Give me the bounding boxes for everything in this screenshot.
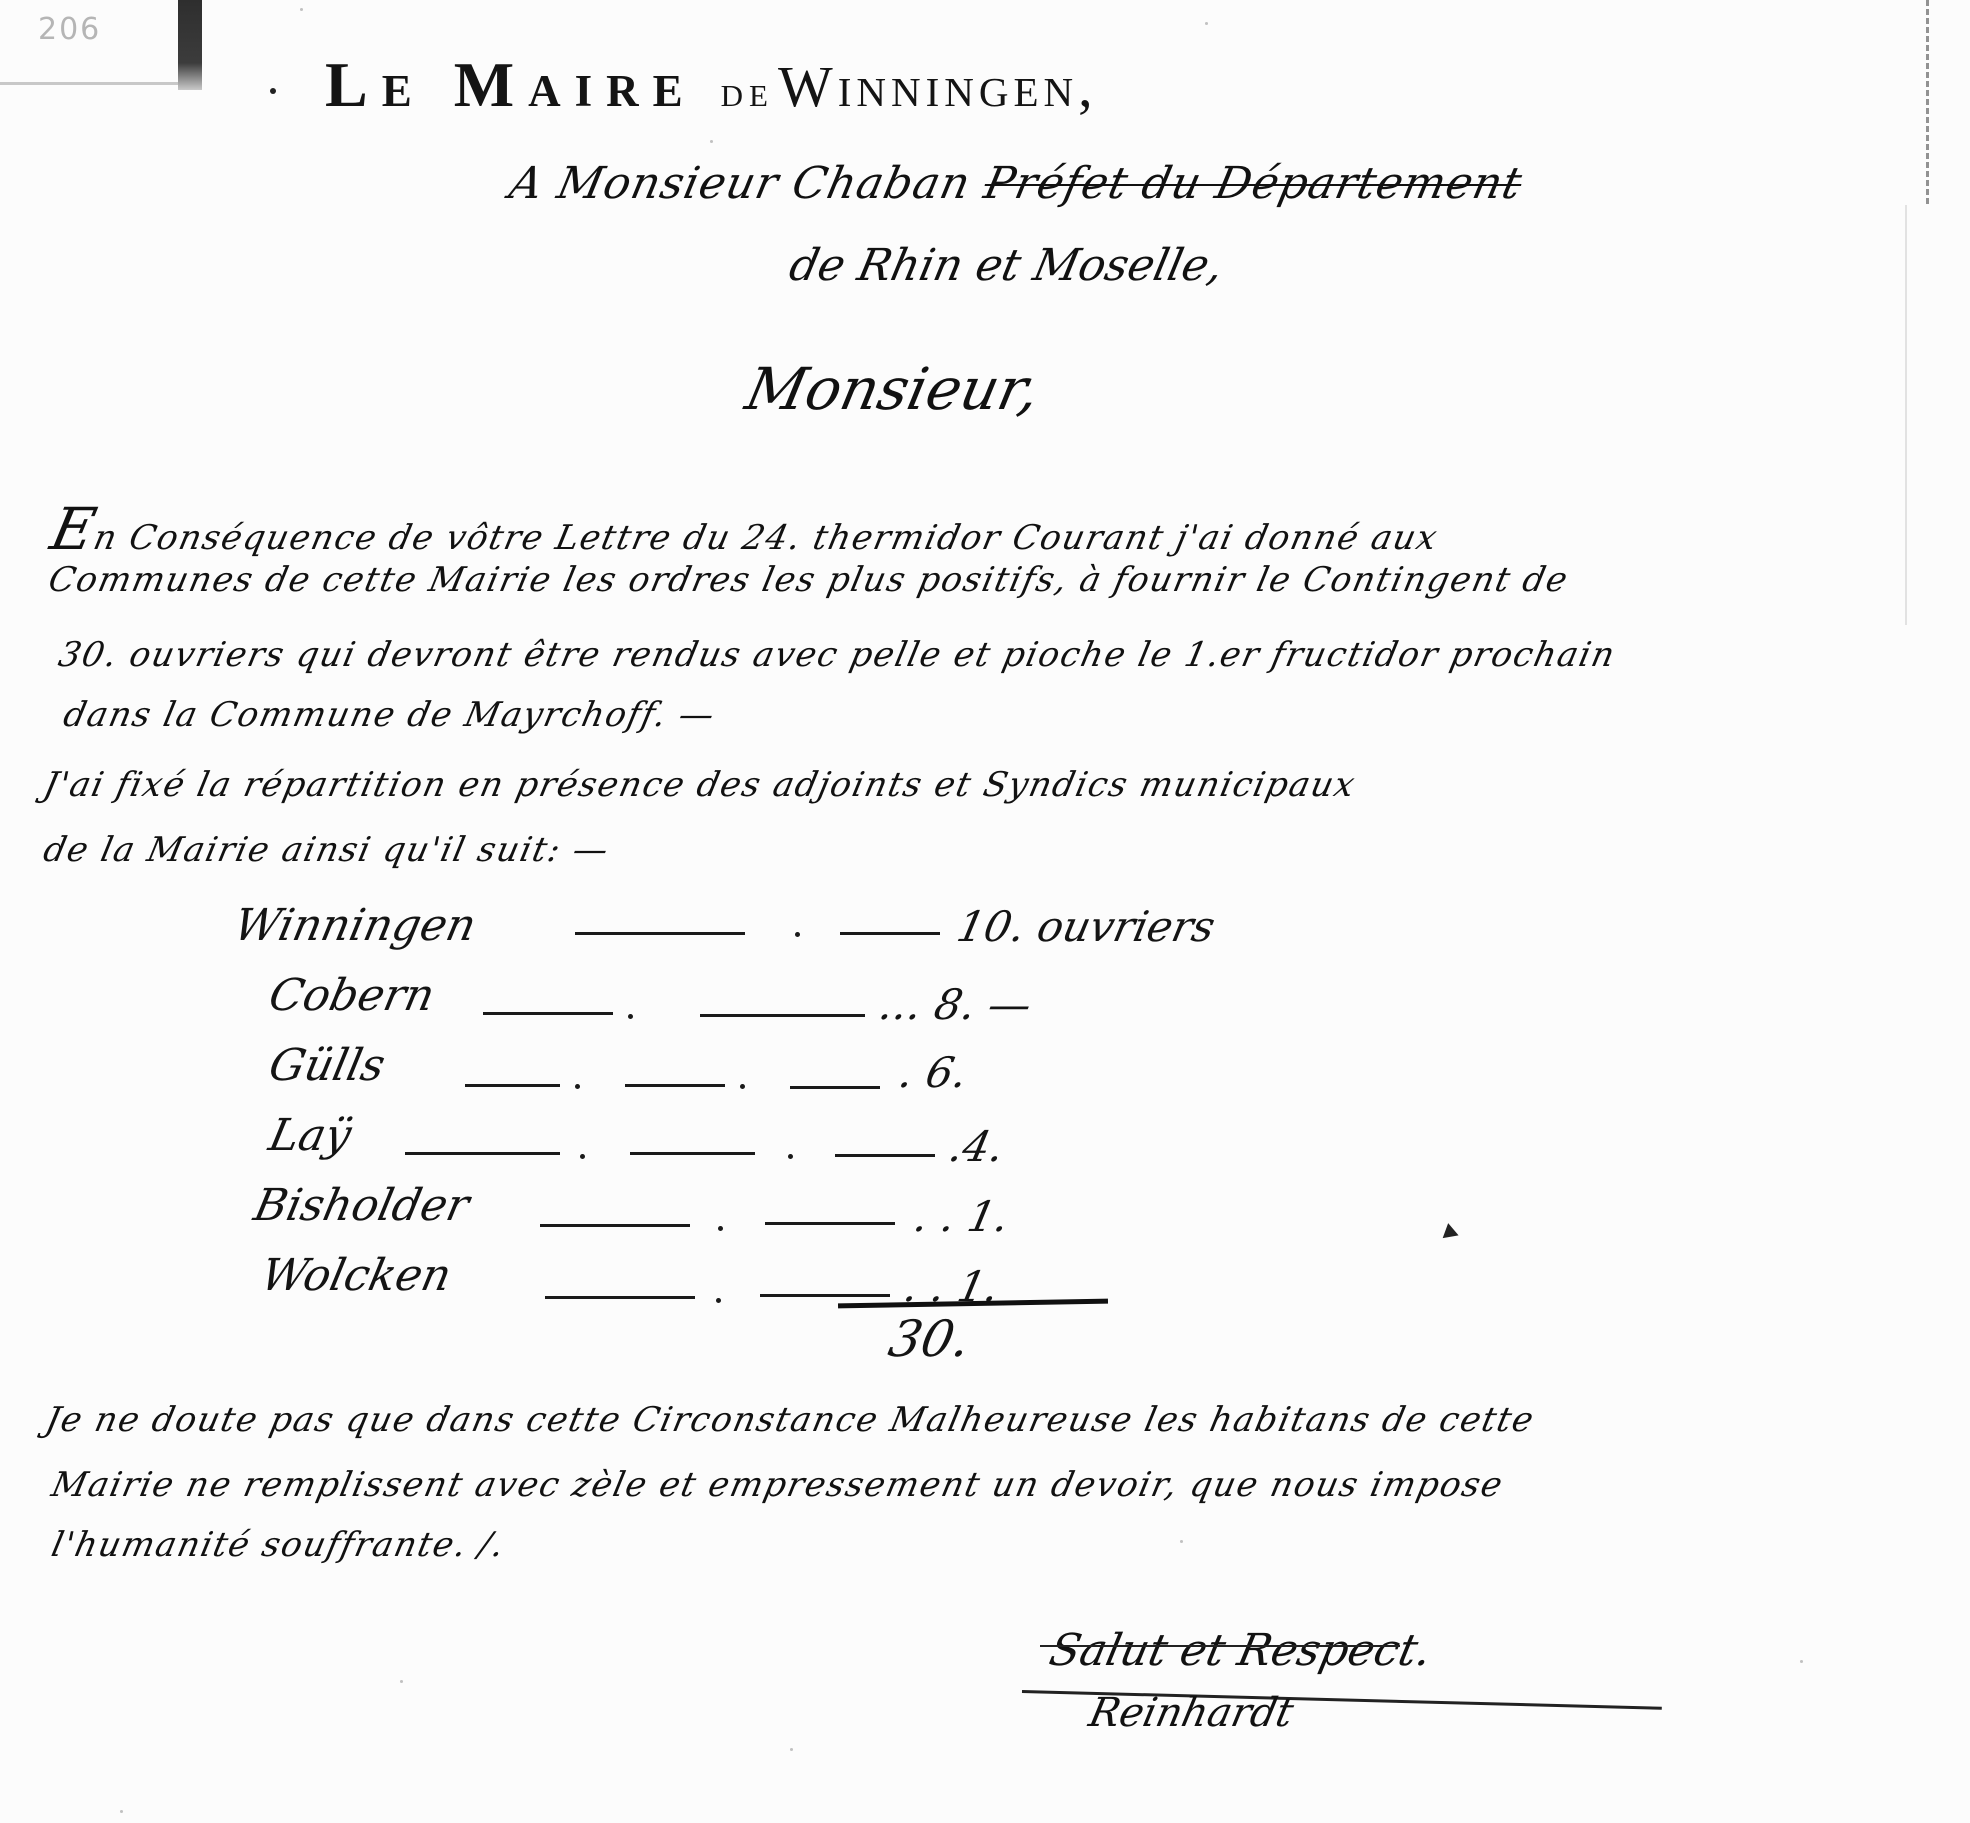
- leader-dot: [628, 1014, 633, 1019]
- salutation: Monsieur,: [740, 355, 1046, 423]
- leader-dot: [788, 1154, 793, 1159]
- leader-dash: [575, 932, 745, 935]
- paper-speck: [1180, 1540, 1183, 1543]
- commune-count: 10. ouvriers: [953, 902, 1220, 951]
- commune-count: … 8. —: [875, 980, 1036, 1029]
- paper-speck: [1800, 1660, 1803, 1663]
- leader-dash: [760, 1294, 890, 1297]
- archive-stamp-number: 206: [38, 12, 101, 47]
- header-dot: [270, 88, 276, 94]
- arrow-mark-icon: [1443, 1223, 1462, 1243]
- leader-dash: [840, 932, 940, 935]
- scan-edge-bar: [178, 0, 202, 90]
- conclusion-line-1: Je ne doute pas que dans cette Circonsta…: [42, 1400, 1538, 1440]
- conclusion-line-3: l'humanité souffrante. /.: [48, 1525, 509, 1565]
- commune-name: Winningen: [230, 900, 481, 951]
- leader-dash: [835, 1154, 935, 1157]
- address-line-1: A Monsieur Chaban Préfet du Département: [505, 158, 1527, 209]
- leader-dot: [740, 1084, 745, 1089]
- leader-dash: [540, 1224, 690, 1227]
- conclusion-line-2: Mairie ne remplissent avec zèle et empre…: [48, 1465, 1507, 1505]
- address-struck-title: Préfet du Département: [980, 158, 1527, 209]
- margin-rule: [1926, 0, 1929, 205]
- letterhead-de: de: [721, 67, 774, 116]
- address-recipient: A Monsieur Chaban: [505, 158, 976, 209]
- signature: Reinhardt: [1085, 1690, 1298, 1736]
- leader-dot: [795, 932, 800, 937]
- body-line-1: En Conséquence de vôtre Lettre du 24. th…: [45, 495, 1447, 563]
- letterhead-place: Winningen,: [778, 54, 1098, 119]
- body-line-3: 30. ouvriers qui devront être rendus ave…: [55, 635, 1619, 675]
- commune-count: . 6.: [895, 1048, 972, 1097]
- leader-dot: [716, 1298, 721, 1303]
- commune-name: Bisholder: [250, 1180, 474, 1231]
- total-count: 30.: [884, 1310, 976, 1368]
- leader-dash: [630, 1152, 755, 1155]
- paper-speck: [300, 8, 303, 11]
- closing-underline: [1040, 1645, 1400, 1647]
- body-line-4: dans la Commune de Mayrchoff. —: [60, 695, 719, 735]
- commune-name: Gülls: [265, 1040, 390, 1091]
- address-line-2: de Rhin et Moselle,: [785, 240, 1228, 291]
- letterhead-maire: Maire: [454, 49, 697, 120]
- leader-dot: [575, 1084, 580, 1089]
- paper-speck: [790, 1748, 793, 1751]
- paper-speck: [710, 140, 713, 143]
- commune-count: . . 1.: [910, 1192, 1014, 1241]
- leader-dash: [483, 1012, 613, 1015]
- leader-dash: [765, 1222, 895, 1225]
- body-text: n Conséquence de vôtre Lettre du 24. the…: [90, 518, 1442, 558]
- leader-dot: [718, 1226, 723, 1231]
- margin-rule-faint: [1905, 205, 1907, 625]
- paper-speck: [120, 1810, 123, 1813]
- commune-name: Cobern: [265, 970, 440, 1021]
- commune-count: .4.: [945, 1122, 1009, 1171]
- commune-name: Wolcken: [257, 1250, 456, 1301]
- body-line-5: J'ai fixé la répartition en présence des…: [40, 765, 1360, 805]
- leader-dash: [545, 1296, 695, 1299]
- letter-page: 206 Le Maire de Winningen, A Monsieur Ch…: [0, 0, 1970, 1823]
- leader-dot: [580, 1154, 585, 1159]
- paper-speck: [400, 1680, 403, 1683]
- leader-dash: [625, 1084, 725, 1087]
- leader-dash: [700, 1014, 865, 1017]
- letterhead: Le Maire de Winningen,: [325, 48, 1098, 122]
- body-line-2: Communes de cette Mairie les ordres les …: [45, 560, 1572, 600]
- archive-stamp: 206: [0, 0, 180, 85]
- body-line-6: de la Mairie ainsi qu'il suit: —: [40, 830, 613, 870]
- letterhead-le: Le: [325, 49, 426, 120]
- commune-name: Laÿ: [265, 1110, 356, 1161]
- leader-dash: [465, 1084, 560, 1087]
- leader-dash: [405, 1152, 560, 1155]
- leader-dash: [790, 1086, 880, 1089]
- closing-formula: Salut et Respect.: [1045, 1625, 1436, 1676]
- paper-speck: [1205, 22, 1208, 25]
